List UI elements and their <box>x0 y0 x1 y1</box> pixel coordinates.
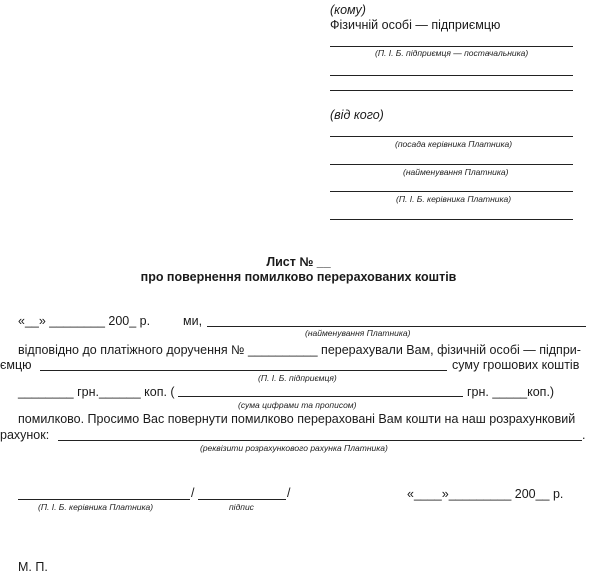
letter-title: Лист № __ <box>0 255 597 269</box>
to-name-line[interactable] <box>330 46 573 47</box>
position-line[interactable] <box>330 136 573 137</box>
slash-1: / <box>191 486 194 500</box>
signature-field[interactable] <box>198 499 286 500</box>
signatory-caption: (П. І. Б. керівника Платника) <box>38 502 153 512</box>
amount-field[interactable]: ________ грн.______ коп. ( <box>18 385 175 399</box>
payer-name-caption: (найменування Платника) <box>403 167 508 177</box>
director-line[interactable] <box>330 191 573 192</box>
payer-name-line[interactable] <box>330 164 573 165</box>
slash-2: / <box>287 486 290 500</box>
entrepreneur-prefix: ємцю <box>0 358 32 372</box>
to-label: (кому) <box>330 3 366 17</box>
payment-order-text: відповідно до платіжного доручення № ___… <box>18 343 581 357</box>
signatory-name-field[interactable] <box>18 499 190 500</box>
position-caption: (посада керівника Платника) <box>395 139 512 149</box>
letter-subtitle: про повернення помилково перерахованих к… <box>0 270 597 284</box>
director-caption: (П. І. Б. керівника Платника) <box>396 194 511 204</box>
stamp-label: М. П. <box>18 560 48 574</box>
request-text: помилково. Просимо Вас повернути помилко… <box>18 412 575 426</box>
account-label: рахунок: <box>0 428 49 442</box>
signature-date-field[interactable]: «____»_________ 200__ р. <box>407 487 563 501</box>
to-extra-line-1[interactable] <box>330 75 573 76</box>
from-label: (від кого) <box>330 108 384 122</box>
payer-name-field[interactable] <box>207 326 586 327</box>
date-field[interactable]: «__» ________ 200_ р. <box>18 314 150 328</box>
amount-words-field[interactable] <box>178 396 463 397</box>
amount-end[interactable]: грн. _____коп.) <box>467 385 554 399</box>
to-caption: (П. І. Б. підприємця — постачальника) <box>375 48 528 58</box>
payer-name-field-caption: (найменування Платника) <box>305 328 410 338</box>
amount-caption: (сума цифрами та прописом) <box>238 400 356 410</box>
account-period: . <box>582 428 585 442</box>
sender-extra-line[interactable] <box>330 219 573 220</box>
to-value: Фізичній особі — підприємцю <box>330 18 500 32</box>
account-caption: (реквізити розрахункового рахунка Платни… <box>200 443 388 453</box>
signature-caption: підпис <box>229 502 254 512</box>
entrepreneur-name-field[interactable] <box>40 370 447 371</box>
account-field[interactable] <box>58 440 582 441</box>
entrepreneur-caption: (П. І. Б. підприємця) <box>258 373 337 383</box>
we-label: ми, <box>183 314 202 328</box>
to-extra-line-2[interactable] <box>330 90 573 91</box>
sum-label: суму грошових коштів <box>452 358 579 372</box>
